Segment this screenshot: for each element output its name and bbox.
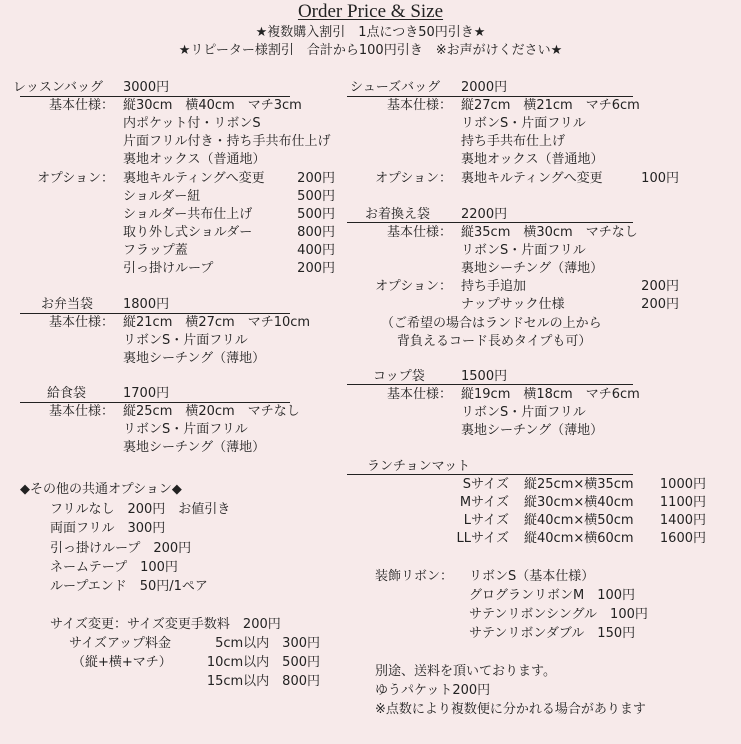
section-divider [347,474,633,475]
spec-line: 裏地シーチング（薄地） [461,422,603,440]
spec-line: リボンS・片面フリル [461,115,586,133]
mat-size: LLサイズ [457,530,509,548]
option-name: ショルダー紐 [123,188,200,206]
spec-line: 持ち手共布仕上げ [461,133,565,151]
mat-size: Lサイズ [464,512,509,530]
mat-price: 1000円 [660,476,706,494]
common-option-item: フリルなし 200円 お値引き [50,501,230,519]
size-change-fee: サイズ変更：サイズ変更手数料 200円 [50,616,281,634]
option-label: オプション： [37,170,114,188]
section-title: シューズバッグ [350,79,440,97]
changing-bag-note: （ご希望の場合はランドセルの上から [381,315,602,333]
mat-dims: 縦40cm×横60cm [524,530,634,548]
size-tier: 5cm以内 300円 [215,635,320,653]
mat-dims: 縦25cm×横35cm [524,476,634,494]
option-name: ナップサック仕様 [461,296,564,314]
option-price: 200円 [297,260,335,278]
basic-spec-label: 基本仕様： [387,97,452,115]
ribbon-item: グログランリボンM 100円 [469,587,635,605]
mat-dims: 縦40cm×横50cm [524,512,634,530]
spec-line: 縦25cm 横20cm マチなし [123,403,300,421]
option-name: 裏地キルティングへ変更 [461,170,603,188]
ribbon-item: リボンS（基本仕様） [469,568,594,586]
section-price: 1700円 [123,385,169,403]
option-label: オプション： [375,170,452,188]
section-price: 2000円 [461,79,507,97]
size-up-note: （縦+横+マチ） [72,654,172,672]
shipping-price: ゆうパケット200円 [375,682,490,700]
shipping-caveat: ※点数により複数便に分かれる場合があります [375,701,646,719]
option-price: 400円 [297,242,335,260]
option-name: フラップ蓋 [123,242,188,260]
option-name: 持ち手追加 [461,278,526,296]
option-price: 500円 [297,206,335,224]
spec-line: 裏地シーチング（薄地） [123,439,265,457]
mat-dims: 縦30cm×横40cm [524,494,634,512]
option-price: 500円 [297,188,335,206]
option-price: 100円 [641,170,679,188]
mat-size: Sサイズ [463,476,509,494]
spec-line: 裏地オックス（普通地） [123,151,265,169]
option-label: オプション： [375,278,452,296]
spec-line: 裏地オックス（普通地） [461,151,603,169]
spec-line: リボンS・片面フリル [123,421,248,439]
page-title: Order Price & Size [0,1,741,23]
basic-spec-label: 基本仕様： [387,224,452,242]
option-name: 取り外し式ショルダー [123,224,252,242]
option-name: 引っ掛けループ [123,260,213,278]
section-title: 給食袋 [47,385,86,403]
common-option-item: 両面フリル 300円 [50,520,165,538]
ribbon-item: サテンリボンダブル 150円 [469,625,635,643]
option-name: ショルダー共布仕上げ [123,206,252,224]
option-price: 200円 [641,278,679,296]
spec-line: リボンS・片面フリル [123,332,248,350]
option-name: 裏地キルティングへ変更 [123,170,265,188]
spec-line: 縦30cm 横40cm マチ3cm [123,97,302,115]
spec-line: 片面フリル付き・持ち手共布仕上げ [123,133,330,151]
common-option-item: ループエンド 50円/1ペア [50,578,208,596]
spec-line: 内ポケット付・リボンS [123,115,261,133]
section-price: 3000円 [123,79,169,97]
mat-size: Mサイズ [460,494,509,512]
mat-price: 1400円 [660,512,706,530]
option-price: 200円 [297,170,335,188]
basic-spec-label: 基本仕様： [49,403,114,421]
section-price: 1800円 [123,296,169,314]
multi-purchase-discount: ★複数購入割引 1点につき50円引き★ [0,24,741,42]
section-title: お弁当袋 [41,296,93,314]
basic-spec-label: 基本仕様： [49,97,114,115]
spec-line: リボンS・片面フリル [461,404,586,422]
size-tier: 15cm以内 800円 [207,673,320,691]
basic-spec-label: 基本仕様： [49,314,114,332]
spec-line: 縦21cm 横27cm マチ10cm [123,314,310,332]
spec-line: 裏地シーチング（薄地） [123,350,265,368]
section-divider [347,384,633,385]
shipping-note: 別途、送料を頂いております。 [375,663,556,681]
spec-line: 縦27cm 横21cm マチ6cm [461,97,640,115]
spec-line: 裏地シーチング（薄地） [461,260,603,278]
spec-line: リボンS・片面フリル [461,242,586,260]
common-options-heading: ◆その他の共通オプション◆ [20,481,182,499]
changing-bag-note: 背負えるコード長めタイプも可） [397,333,591,351]
section-title: レッスンバッグ [13,79,103,97]
option-price: 200円 [641,296,679,314]
repeater-discount: ★リピーター様割引 合計から100円引き ※お声がけください★ [0,42,741,60]
spec-line: 縦35cm 横30cm マチなし [461,224,638,242]
basic-spec-label: 基本仕様： [387,386,452,404]
size-up-label: サイズアップ料金 [69,635,171,653]
ribbon-item: サテンリボンシングル 100円 [469,606,648,624]
spec-line: 縦19cm 横18cm マチ6cm [461,386,640,404]
mat-price: 1600円 [660,530,706,548]
ribbon-label: 装飾リボン： [375,568,453,586]
option-price: 800円 [297,224,335,242]
section-divider [347,222,633,223]
mat-price: 1100円 [660,494,706,512]
common-option-item: 引っ掛けループ 200円 [50,540,191,558]
common-option-item: ネームテープ 100円 [50,559,178,577]
size-tier: 10cm以内 500円 [207,654,320,672]
